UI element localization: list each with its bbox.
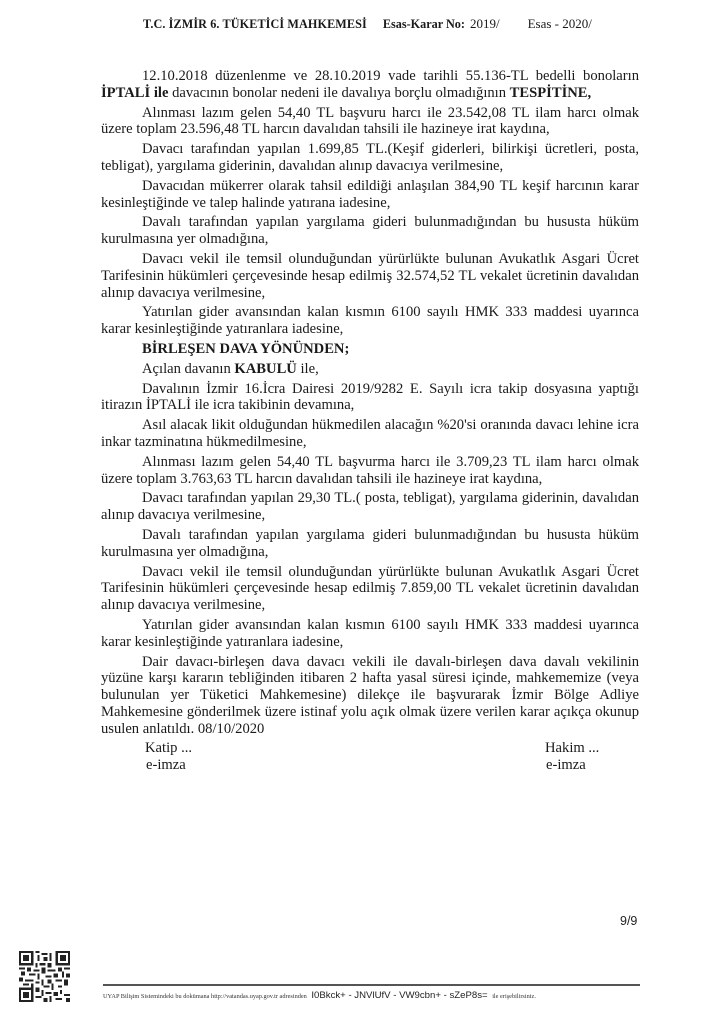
paragraph: Alınması lazım gelen 54,40 TL başvuru ha… [101,105,639,139]
paragraph: Yatırılan gider avansından kalan kısmın … [101,304,639,338]
paragraph: Dair davacı-birleşen dava davacı vekili … [101,654,639,738]
paragraph: Yatırılan gider avansından kalan kısmın … [101,617,639,651]
paragraph: Davacı vekil ile temsil olunduğundan yür… [101,564,639,614]
paragraph: Davalının İzmir 16.İcra Dairesi 2019/928… [101,381,639,415]
judge-e-signature: e-imza [546,757,599,774]
paragraph-text: Açılan davanın [142,361,234,377]
section-heading: BİRLEŞEN DAVA YÖNÜNDEN; [101,341,639,358]
esas-karar-value: 2019/ [470,16,500,31]
paragraph: Davacı tarafından yapılan 1.699,85 TL.(K… [101,141,639,175]
page-number: 9/9 [620,914,637,928]
document-body: 12.10.2018 düzenlenme ve 28.10.2019 vade… [101,68,639,740]
clerk-signature: Katip ... e-imza [145,740,192,774]
paragraph: Alınması lazım gelen 54,40 TL başvurma h… [101,454,639,488]
esas-karar-label: Esas-Karar No: [383,17,465,31]
emphasis-text: İPTALİ ile [101,85,168,101]
section-heading-text: BİRLEŞEN DAVA YÖNÜNDEN; [142,341,349,357]
court-name: T.C. İZMİR 6. TÜKETİCİ MAHKEMESİ [143,17,367,31]
paragraph: Davacıdan mükerrer olarak tahsil edildiğ… [101,178,639,212]
judge-title: Hakim ... [545,740,599,756]
clerk-title: Katip ... [145,740,192,756]
footer-suffix: ile erişebilirsiniz. [492,993,536,1000]
paragraph: Asıl alacak likit olduğundan hükmedilen … [101,417,639,451]
emphasis-text: KABULÜ [234,361,296,377]
clerk-e-signature: e-imza [146,757,192,774]
emphasis-text: TESPİTİNE, [510,85,592,101]
paragraph: 12.10.2018 düzenlenme ve 28.10.2019 vade… [101,68,639,102]
judge-signature: Hakim ... e-imza [545,740,599,774]
paragraph: Davacı tarafından yapılan 29,30 TL.( pos… [101,490,639,524]
paragraph: Davacı vekil ile temsil olunduğundan yür… [101,251,639,301]
paragraph: Davalı tarafından yapılan yargılama gide… [101,527,639,561]
paragraph: Davalı tarafından yapılan yargılama gide… [101,214,639,248]
qr-code-icon [19,951,70,1002]
verification-code: I0Bkck+ - JNVlUfV - VW9cbn+ - sZeP8s= [311,990,487,1001]
paragraph-text: 12.10.2018 düzenlenme ve 28.10.2019 vade… [142,68,639,84]
esas-number: Esas - 2020/ [528,16,592,31]
footer: UYAP Bilişim Sistemindeki bu dokümana ht… [103,990,536,1003]
document-header: T.C. İZMİR 6. TÜKETİCİ MAHKEMESİEsas-Kar… [143,16,592,32]
footer-prefix: UYAP Bilişim Sistemindeki bu dokümana ht… [103,993,307,1000]
paragraph: Açılan davanın KABULÜ ile, [101,361,639,378]
paragraph-text: ile, [297,361,319,377]
footer-divider [103,984,640,986]
paragraph-text: davacının bonolar nedeni ile davalıya bo… [168,85,509,101]
